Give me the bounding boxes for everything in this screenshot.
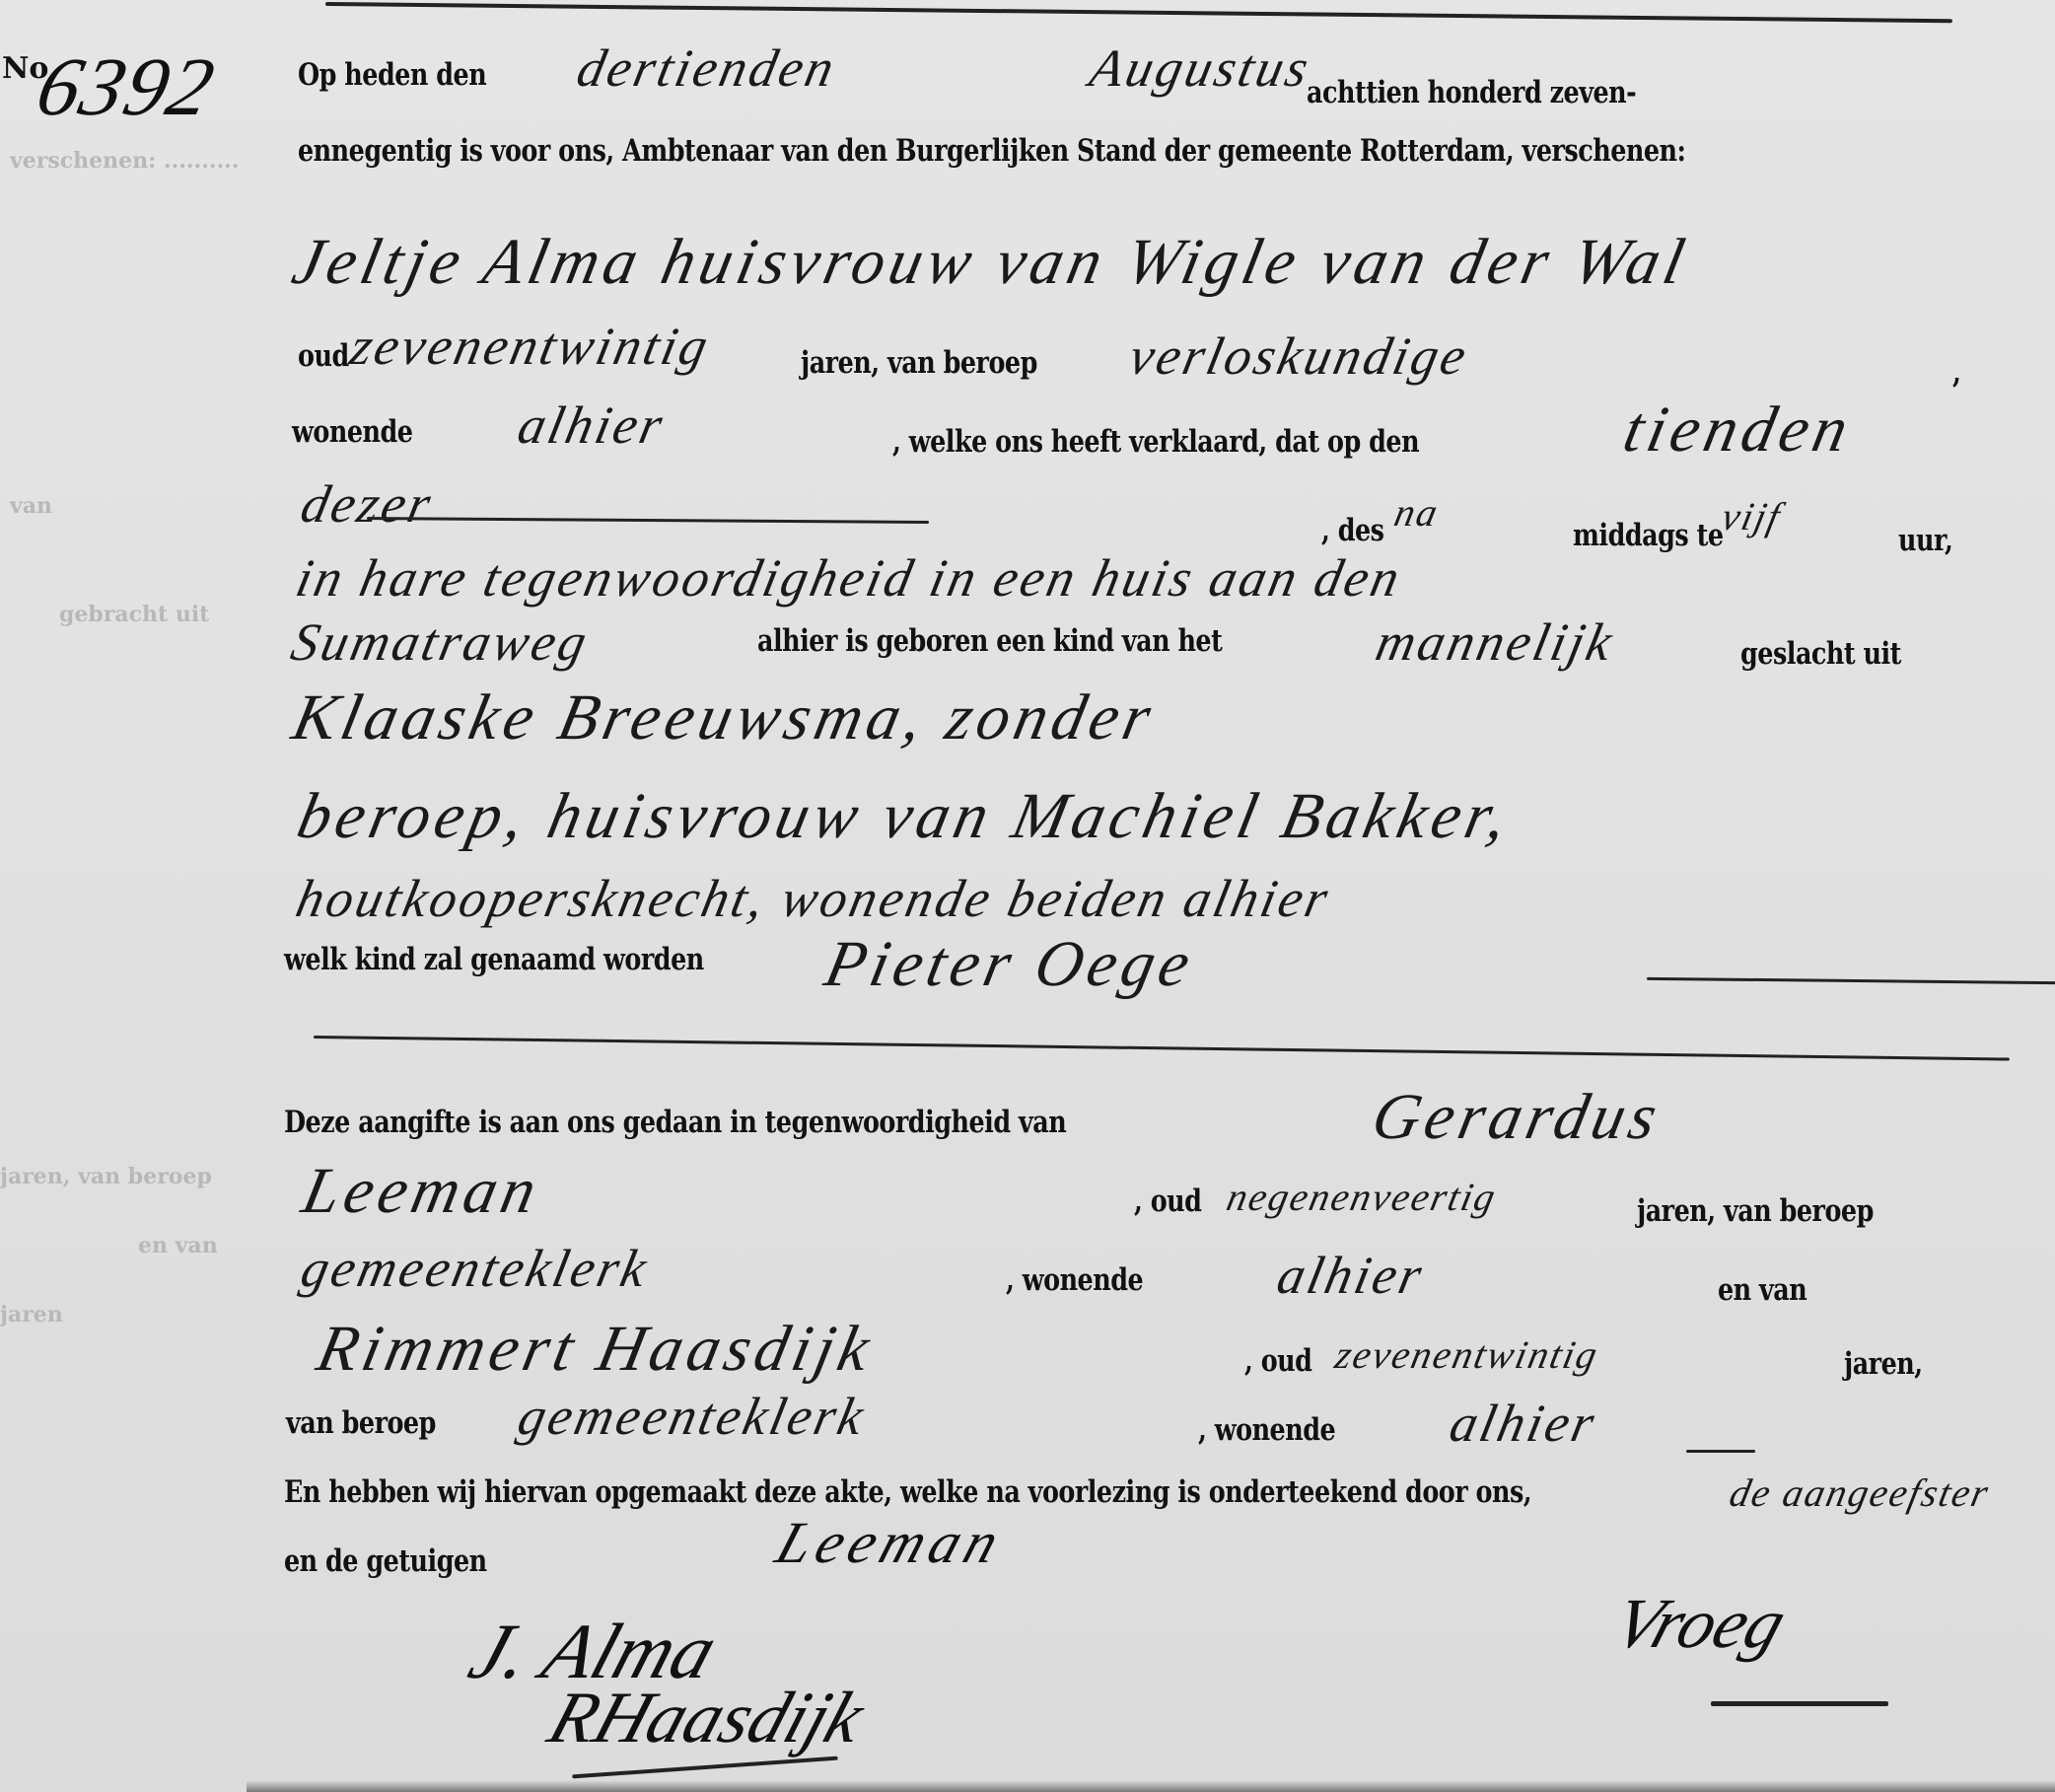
bleed-through-text: jaren (0, 1302, 63, 1327)
handwritten-profession: verloskundige (1124, 325, 1474, 387)
bleed-through-text: van (10, 493, 52, 519)
handwritten-witness1-first: Gerardus (1366, 1080, 1668, 1155)
handwritten-mother-cont: beroep, huisvrouw van Machiel Bakker, (291, 779, 1519, 854)
handwritten-witness2-profession: gemeenteklerk (513, 1386, 872, 1447)
printed-text: alhier is geboren een kind van het (757, 623, 1222, 659)
separator-rule (314, 1036, 2010, 1061)
handwritten-sex: mannelijk (1371, 611, 1620, 673)
fill-rule (1686, 1450, 1755, 1453)
handwritten-birth-day: tienden (1617, 393, 1859, 467)
birth-record-page: verschenen: .......... van gebracht uit … (0, 0, 2055, 1792)
fill-rule (367, 517, 929, 524)
fill-rule (1647, 977, 2055, 984)
printed-text: Deze aangifte is aan ons gedaan in tegen… (284, 1105, 1066, 1140)
handwritten-time-part: na (1390, 489, 1444, 536)
handwritten-witness2-age: zevenentwintig (1331, 1331, 1603, 1378)
printed-text: geslacht uit (1740, 636, 1901, 672)
top-rule (325, 2, 1952, 23)
printed-text: oud (298, 338, 349, 374)
signature-witness2: RHaasdijk (538, 1677, 874, 1760)
handwritten-declarant: Jeltje Alma huisvrouw van Wigle van der … (286, 225, 1695, 300)
printed-text: uur, (1898, 523, 1952, 558)
printed-text: van beroep (286, 1405, 436, 1441)
handwritten-witness1-residence: alhier (1272, 1245, 1430, 1306)
handwritten-declarant-note: de aangeefster (1726, 1469, 1994, 1516)
handwritten-witness1-profession: gemeenteklerk (296, 1238, 655, 1299)
printed-text: achttien honderd zeven- (1307, 75, 1636, 110)
bleed-through-text: jaren, van beroep (0, 1164, 212, 1189)
handwritten-residence: alhier (513, 394, 671, 456)
signature-registrar: Vroeg (1604, 1583, 1797, 1665)
handwritten-month: Augustus (1085, 37, 1316, 99)
signature-underline (1711, 1701, 1888, 1706)
signature-official: Leeman (768, 1509, 1013, 1577)
printed-text: , oud (1134, 1183, 1201, 1219)
handwritten-witness1-last: Leeman (296, 1154, 547, 1229)
printed-text: , wonende (1198, 1412, 1335, 1448)
handwritten-witness1-age: negenenveertig (1223, 1174, 1501, 1220)
printed-text: en de getuigen (284, 1543, 487, 1579)
handwritten-hour: vijf (1718, 493, 1786, 539)
handwritten-street: Sumatraweg (286, 611, 595, 673)
printed-text: , welke ons heeft verklaard, dat op den (892, 424, 1419, 460)
act-number: 6392 (28, 39, 225, 135)
printed-text: middags te (1573, 518, 1724, 553)
printed-text: , wonende (1006, 1262, 1143, 1298)
bleed-through-text: gebracht uit (59, 602, 209, 627)
handwritten-child-name: Pieter Oege (818, 927, 1201, 1002)
handwritten-day: dertienden (572, 37, 842, 99)
handwritten-age: zevenentwintig (345, 316, 716, 377)
handwritten-father-cont: houtkoopersknecht, wonende beiden alhier (291, 868, 1336, 929)
printed-text: welk kind zal genaamd worden (284, 942, 704, 977)
printed-text: , des (1321, 513, 1383, 548)
printed-text: , oud (1244, 1343, 1311, 1379)
handwritten-place: in hare tegenwoordigheid in een huis aan… (291, 547, 1408, 609)
printed-text: En hebben wij hiervan opgemaakt deze akt… (284, 1474, 1531, 1510)
printed-text: wonende (292, 414, 412, 450)
printed-text: jaren, van beroep (801, 345, 1037, 381)
bleed-through-text: verschenen: .......... (10, 148, 240, 174)
handwritten-mother: Klaaske Breeuwsma, zonder (286, 681, 1162, 755)
printed-text: , (1952, 355, 1960, 391)
printed-text: jaren, van beroep (1637, 1193, 1874, 1229)
printed-text: jaren, (1844, 1346, 1923, 1382)
printed-text: en van (1718, 1272, 1807, 1308)
printed-text: Op heden den (298, 57, 486, 93)
handwritten-witness2-name: Rimmert Haasdijk (311, 1312, 881, 1387)
handwritten-birth-month: dezer (296, 473, 439, 535)
bottom-edge (247, 1780, 2055, 1792)
handwritten-witness2-residence: alhier (1445, 1393, 1602, 1454)
bleed-through-text: en van (138, 1233, 218, 1258)
printed-text: ennegentig is voor ons, Ambtenaar van de… (298, 133, 1685, 169)
